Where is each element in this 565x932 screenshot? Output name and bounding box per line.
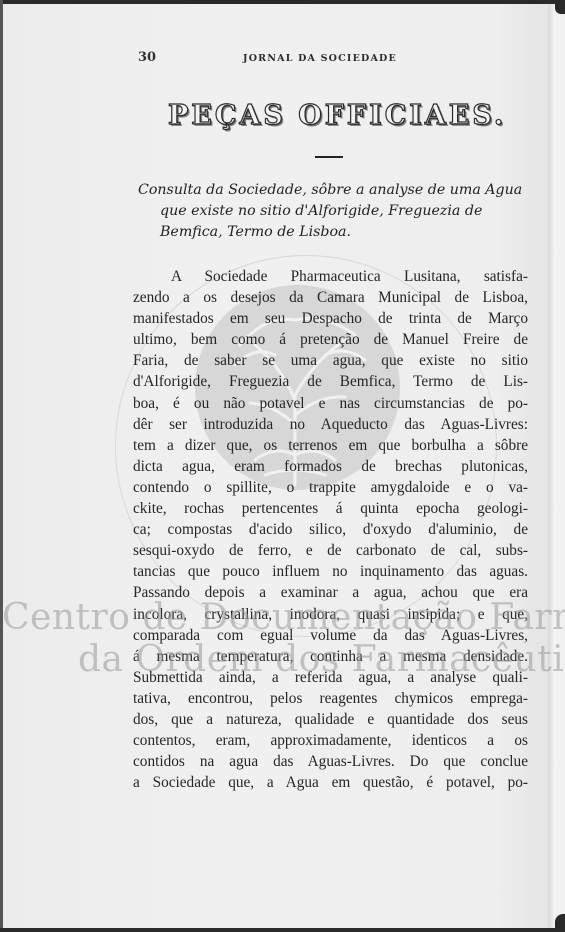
body-line: dos, que a natureza, qualidade e quantid… [133, 709, 528, 730]
body-line: ckite, rochas pertencentes á quinta epoc… [133, 498, 528, 519]
body-line: contentos, eram, approximadamente, ident… [133, 730, 528, 751]
running-head: JORNAL DA SOCIEDADE [243, 53, 397, 64]
subtitle-line: que existe no sitio d'Alforigide, Fregue… [138, 201, 553, 222]
section-title: PEÇAS OFFICIAES. [168, 100, 508, 131]
body-line: tem a dizer que, os terrenos em que borb… [133, 435, 528, 456]
body-line: Faria, de saber se uma agua, que existe … [133, 350, 528, 371]
body-line: tativa, encontrou, pelos reagentes chymi… [133, 688, 528, 709]
body-line: contidos na agua das Aguas-Livres. Do qu… [133, 751, 528, 772]
body-line: dicta agua, eram formados de brechas plu… [133, 456, 528, 477]
body-line: zendo a os desejos da Camara Municipal d… [133, 287, 528, 308]
scan-corner-top-right [555, 0, 565, 14]
body-line: dêr ser introduzida no Aqueducto das Agu… [133, 414, 528, 435]
subtitle-line: Consulta da Sociedade, sôbre a analyse d… [138, 180, 553, 201]
watermark-text: da Ordem dos Farmacêuticos [78, 639, 565, 680]
subtitle-line: Bemfica, Termo de Lisboa. [138, 222, 553, 243]
body-line: a Sociedade que, a Agua em questão, é po… [133, 772, 528, 793]
scan-border-bottom [0, 928, 565, 932]
body-line: d'Alforigide, Freguezia de Bemfica, Term… [133, 371, 528, 392]
body-line: contendo o spillite, o trappite amygdalo… [133, 477, 528, 498]
title-rule-divider [315, 156, 343, 158]
page-edge [548, 4, 565, 928]
article-subtitle: Consulta da Sociedade, sôbre a analyse d… [138, 180, 553, 243]
body-line: sesqui-oxydo de ferro, e de carbonato de… [133, 540, 528, 561]
body-line: A Sociedade Pharmaceutica Lusitana, sati… [133, 266, 528, 287]
body-line: ultimo, bem como á pretenção de Manuel F… [133, 329, 528, 350]
body-line: manifestados em seu Despacho de trinta d… [133, 308, 528, 329]
article-body: A Sociedade Pharmaceutica Lusitana, sati… [133, 266, 528, 793]
page-number: 30 [138, 50, 156, 65]
watermark-text: Centro de Documentação Farmacêutica [2, 597, 565, 638]
body-line: boa, é ou não potavel e nas circumstanci… [133, 393, 528, 414]
page-header: 30 JORNAL DA SOCIEDADE [138, 50, 548, 70]
body-line: ca; compostas d'acido silico, d'oxydo d'… [133, 519, 528, 540]
body-line: tancias que pouco influem no inquinament… [133, 561, 528, 582]
